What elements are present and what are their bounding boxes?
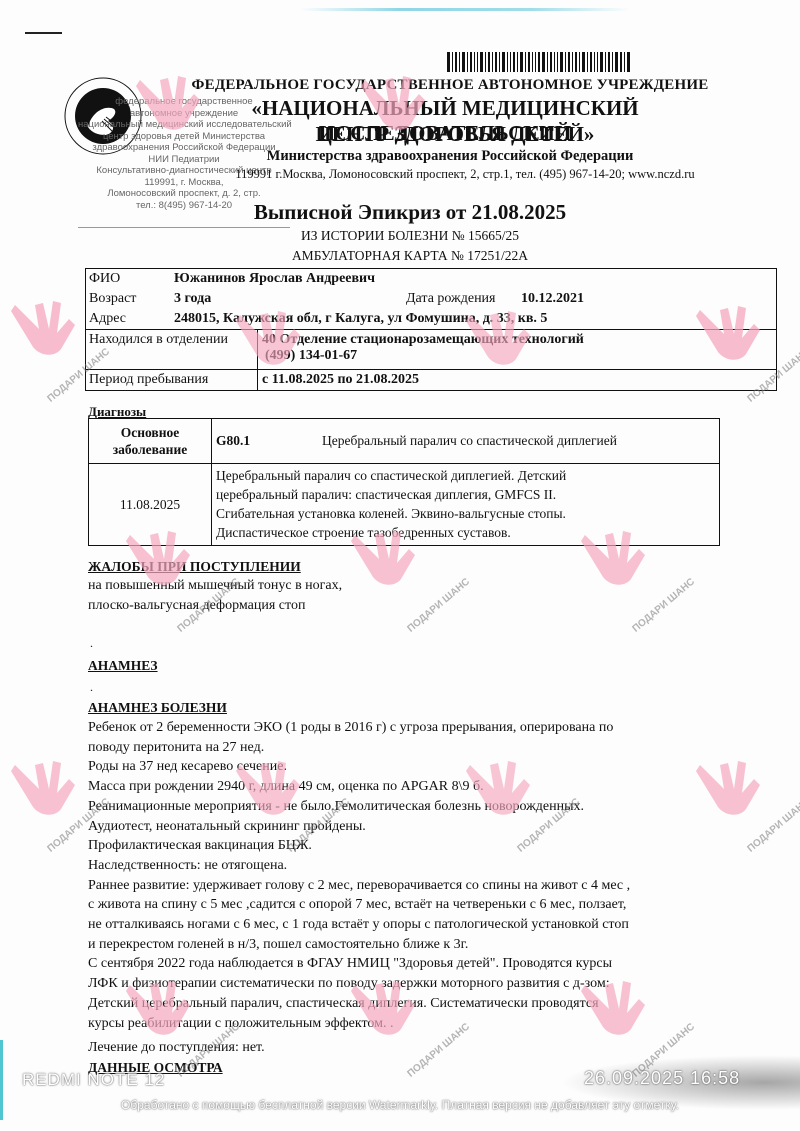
main-disease-label: Основное заболевание [89, 419, 212, 463]
stray-line [25, 32, 62, 34]
age-value: 3 года [174, 291, 211, 307]
org-address: 119991 г.Москва, Ломоносовский проспект,… [195, 167, 735, 182]
diagnosis-detail-row: 11.08.2025 Церебральный паралич со спаст… [89, 463, 719, 545]
fio-value: Южанинов Ярослав Андреевич [174, 271, 375, 287]
diagnosis-date: 11.08.2025 [89, 464, 212, 545]
dot: . [90, 680, 93, 695]
icd-code: G80.1 [216, 433, 322, 449]
complaints-heading: ЖАЛОБЫ ПРИ ПОСТУПЛЕНИИ [88, 559, 301, 575]
hand-watermark-icon [5, 745, 85, 825]
row-fio: ФИО Южанинов Ярослав Андреевич [86, 269, 776, 289]
complaints-text: на повышенный мышечный тонус в ногах, пл… [88, 576, 720, 615]
department-phone: (499) 134-01-67 [262, 348, 772, 364]
dob-label: Дата рождения [406, 291, 496, 307]
department-value: 40 Отделение стационарозамещающих технол… [258, 330, 776, 369]
period-label: Период пребывания [86, 370, 258, 390]
org-line-3: ЦЕНТР ЗДОРОВЬЯ ДЕТЕЙ» [250, 122, 660, 147]
row-age: Возраст 3 года Дата рождения 10.12.2021 [86, 289, 776, 309]
diagnoses-table: Основное заболевание G80.1 Церебральный … [88, 418, 720, 546]
address-label: Адрес [89, 311, 126, 327]
department-label: Находился в отделении [86, 330, 258, 369]
scanned-document-page: федеральное государственное автономное у… [0, 0, 800, 1131]
light-streak [300, 8, 630, 11]
address-value: 248015, Калужская обл, г Калуга, ул Фому… [174, 311, 547, 327]
period-value: с 11.08.2025 по 21.08.2025 [258, 370, 776, 390]
patient-info-table: ФИО Южанинов Ярослав Андреевич Возраст 3… [85, 268, 777, 391]
hand-watermark-icon [5, 285, 85, 365]
camera-datetime-stamp: 26.09.2025 16:58 [584, 1068, 740, 1089]
dob-value: 10.12.2021 [521, 291, 584, 307]
row-address: Адрес 248015, Калужская обл, г Калуга, у… [86, 309, 776, 329]
disease-history-text: Ребенок от 2 беременности ЭКО (1 роды в … [88, 718, 720, 1033]
barcode [447, 50, 737, 72]
camera-model-stamp: REDMI NOTE 12 [22, 1070, 165, 1090]
row-department: Находился в отделении 40 Отделение стаци… [86, 329, 776, 369]
card-number: АМБУЛАТОРНАЯ КАРТА № 17251/22А [240, 248, 580, 264]
org-line-1: ФЕДЕРАЛЬНОЕ ГОСУДАРСТВЕННОЕ АВТОНОМНОЕ У… [190, 77, 710, 94]
watermarkly-notice: Обработано с помощью бесплатной версии W… [0, 1098, 800, 1112]
anamnesis-heading: АНАМНЕЗ [88, 658, 158, 674]
disease-history-heading: АНАМНЕЗ БОЛЕЗНИ [88, 700, 227, 716]
watermark-brand: ПОДАРИ ШАНС [746, 796, 800, 854]
document-title: Выписной Эпикриз от 21.08.2025 [245, 200, 575, 225]
age-label: Возраст [89, 291, 136, 307]
fio-label: ФИО [89, 271, 120, 287]
history-number: ИЗ ИСТОРИИ БОЛЕЗНИ № 15665/25 [240, 228, 580, 244]
dot: . [90, 636, 93, 651]
ministry-line: Министерства здравоохранения Российской … [240, 148, 660, 165]
icd-name: Церебральный паралич со спастической дип… [322, 433, 617, 449]
row-period: Период пребывания с 11.08.2025 по 21.08.… [86, 369, 776, 390]
diagnosis-header-row: Основное заболевание G80.1 Церебральный … [89, 419, 719, 463]
diagnosis-details: Церебральный паралич со спастической дип… [212, 464, 719, 545]
